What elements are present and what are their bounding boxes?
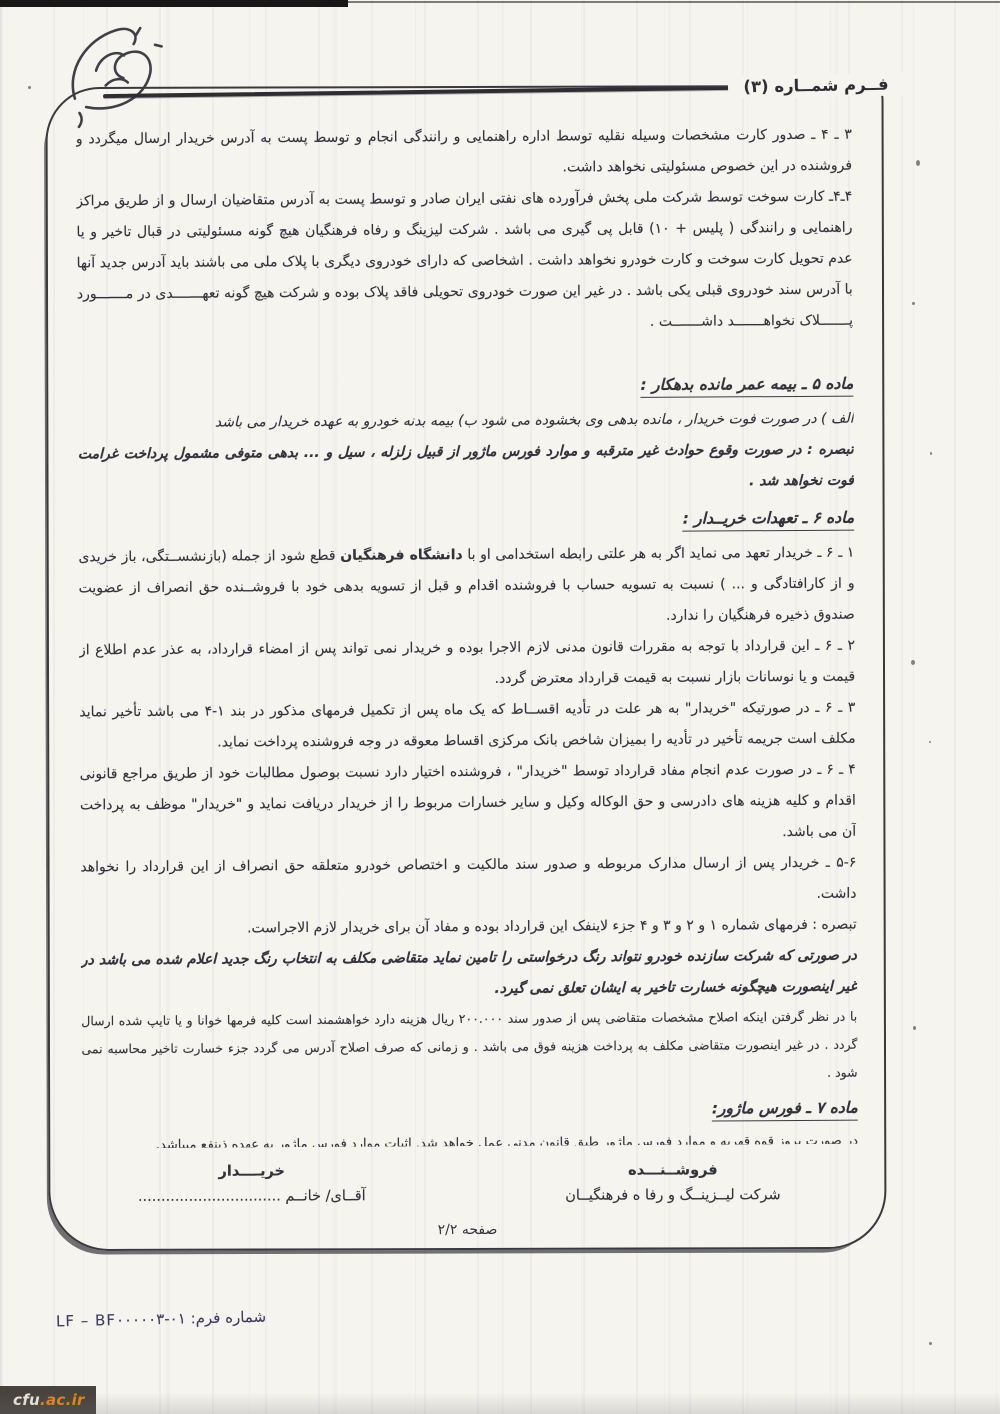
scan-bottom-band [0, 1394, 1000, 1414]
clause-6-2: ۲ ـ ۶ ـ این قرارداد با توجه به مقررات قا… [79, 631, 855, 698]
clause-3-4: ۳ ـ ۴ ـ صدور کارت مشخصات وسیله نقلیه توس… [76, 120, 852, 187]
scan-speck [911, 660, 915, 665]
correction-fee-note: با در نظر گرفتن اینکه اصلاح مشخصات متقاض… [81, 1003, 857, 1092]
seller-signature-area: فروشــنـــده شرکت لیــزینــگ و رفا ه فره… [507, 1162, 838, 1204]
seller-name: شرکت لیــزینــگ و رفا ه فرهنگیــان [507, 1187, 838, 1204]
article5-heading: ماده ۵ ـ بیمه عمر مانده بدهکار : [77, 369, 853, 405]
clause-6-4: ۴ ـ ۶ ـ در صورت عدم انجام مفاد قرارداد ت… [80, 755, 857, 853]
contract-body: ۳ ـ ۴ ـ صدور کارت مشخصات وسیله نقلیه توس… [76, 120, 858, 1149]
scan-speck [930, 452, 932, 455]
article7-heading: ماده ۷ ـ فورس ماژور: [82, 1093, 858, 1129]
article6-heading: ماده ۶ ـ تعهدات خریــدار : [78, 503, 854, 539]
buyer-name-line: آقــای/ خانــم .........................… [86, 1188, 417, 1205]
page-number: صفحه ۲/۲ [50, 1221, 884, 1239]
form-number-label: فــرم شمــاره (۳) [728, 72, 904, 98]
article5-items-line: الف ) در صورت فوت خریدار ، مانده بدهی وی… [78, 404, 854, 440]
university-name-emphasis: دانشگاه فرهنگیان [340, 547, 463, 564]
form-code-value: LF – BF۰۰۰۰۰۳-۰۱ [56, 1309, 186, 1330]
scanned-contract-page: فــرم شمــاره (۳) ۳ ـ ۴ ـ صدور کارت مشخص… [0, 0, 1000, 1414]
clause-6-5: ۵-۶ ـ خریدار پس از ارسال مدارک مربوطه و … [80, 848, 856, 915]
clause-6-1: ۱ ـ ۶ ـ خریدار تعهد می نماید اگر به هر ع… [78, 538, 855, 636]
seller-title: فروشــنـــده [507, 1162, 838, 1179]
scan-speck [913, 1026, 916, 1030]
buyer-signature-area: خریــــدار آقــای/ خانــم ..............… [86, 1163, 417, 1205]
article5-note: تبصره : در صورت وقوع حوادث غیر مترقبه و … [78, 435, 854, 502]
buyer-title: خریــــدار [86, 1163, 417, 1180]
form-code-label: شماره فرم: [190, 1308, 266, 1328]
scan-speck [916, 160, 920, 166]
article6-note: تبصره : فرمهای شماره ۱ و ۲ و ۳ و ۴ جزء ل… [81, 910, 857, 946]
clause-6-3: ۳ ـ ۶ ـ در صورتیکه "خریدار" به هر علت در… [79, 693, 855, 760]
scan-speck [28, 86, 31, 89]
clause-6-1-text: ۱ ـ ۶ ـ خریدار تعهد می نماید اگر به هر ع… [463, 545, 855, 563]
color-availability-note: در صورتی که شرکت سازنده خودرو نتواند رنگ… [81, 941, 857, 1008]
scan-speck [929, 741, 931, 743]
document-frame: ۳ ـ ۴ ـ صدور کارت مشخصات وسیله نقلیه توس… [45, 85, 886, 1251]
scan-speck [929, 1342, 932, 1345]
clause-4-4: ۴ـ۴ـ کارت سوخت توسط شرکت ملی پخش فرآورده… [76, 182, 853, 342]
article7-body: در صورت بروز قوه قهریه و موارد فورس ماژو… [82, 1128, 858, 1149]
signature-block: فروشــنـــده شرکت لیــزینــگ و رفا ه فره… [86, 1162, 838, 1205]
scan-speck [912, 302, 915, 305]
form-code: شماره فرم: LF – BF۰۰۰۰۰۳-۰۱ [56, 1308, 266, 1331]
